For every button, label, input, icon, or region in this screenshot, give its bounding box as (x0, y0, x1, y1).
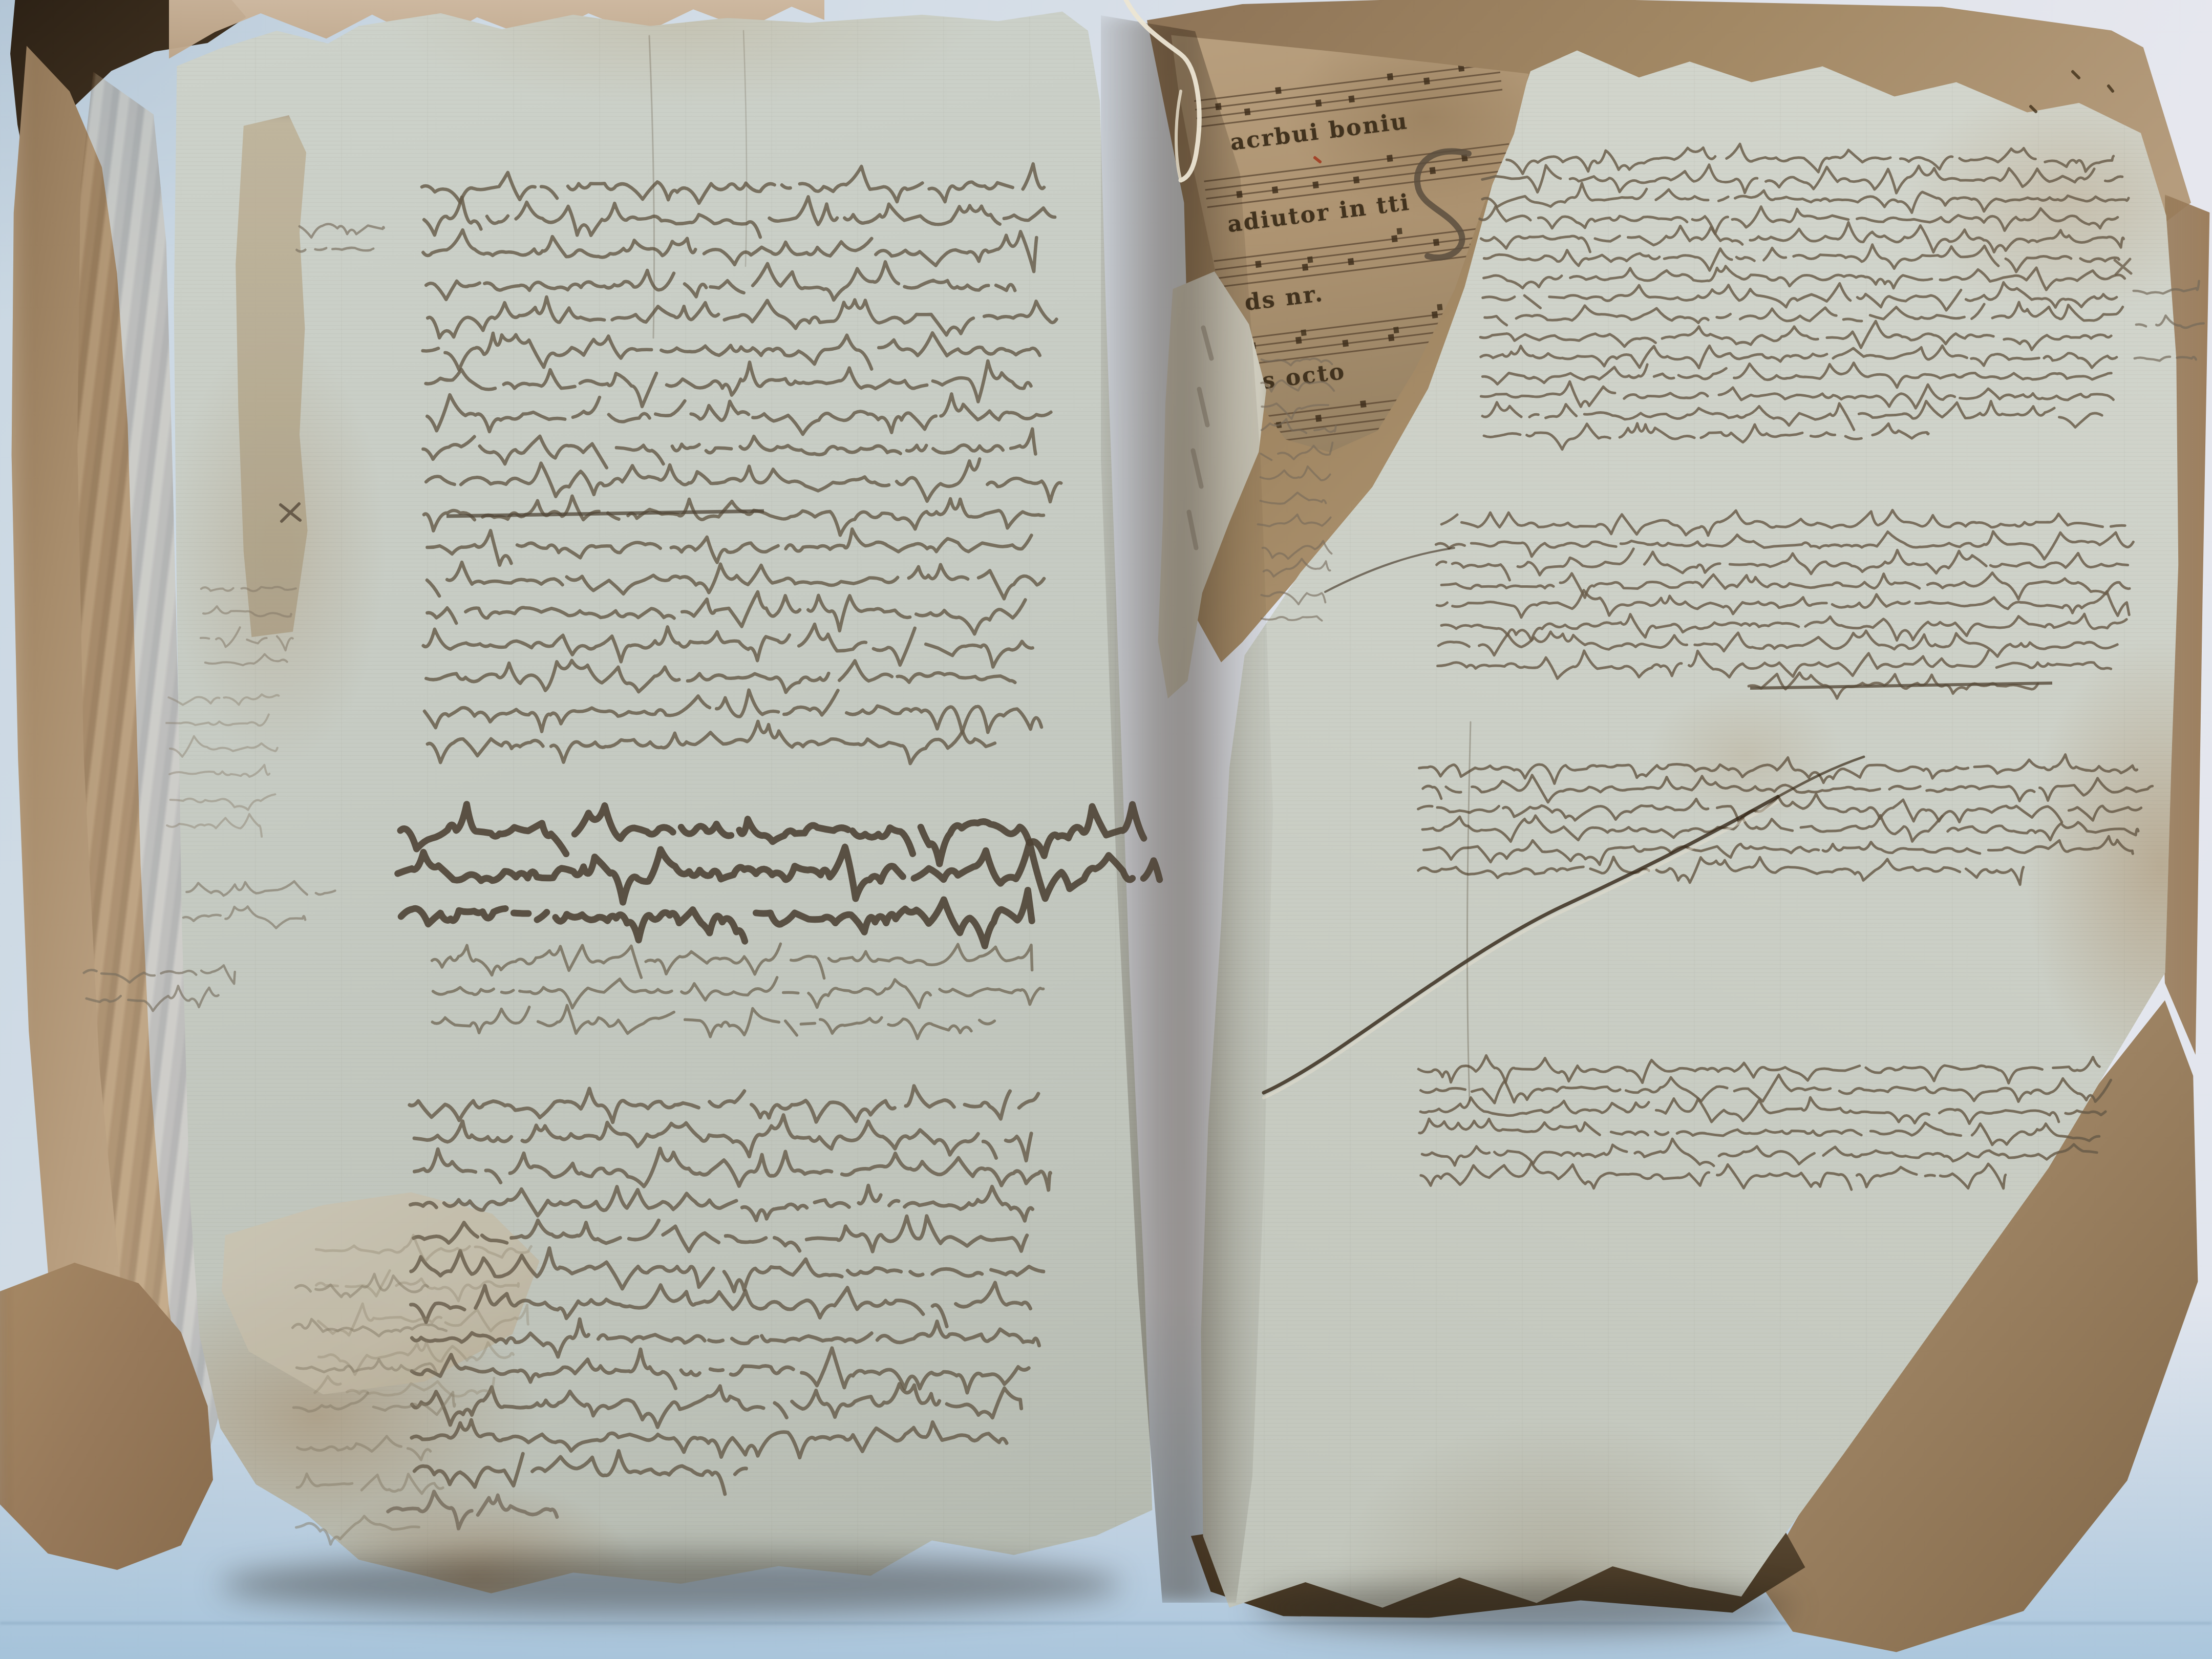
neume (1388, 334, 1395, 341)
neume (1307, 257, 1313, 263)
neume (1353, 176, 1360, 183)
neume (1397, 228, 1402, 235)
neume (1430, 167, 1436, 174)
neume (1275, 87, 1282, 94)
neume (1315, 415, 1322, 422)
neume (1432, 311, 1438, 318)
neume (1215, 103, 1222, 110)
neume (1301, 329, 1306, 336)
neume (1236, 190, 1243, 198)
left-page-shadow (220, 1554, 1121, 1615)
neume (1348, 258, 1354, 265)
neume (1272, 186, 1279, 194)
neume (1244, 108, 1251, 115)
neume (1312, 181, 1319, 188)
neume (1387, 73, 1394, 80)
photo-of-open-manuscript: acrbui boniu adiutor in tti ds nr. ns oc… (0, 0, 2212, 1659)
right-page-shadow (1254, 1582, 1792, 1633)
neume (1437, 304, 1442, 310)
neume (1387, 155, 1393, 162)
neume (1342, 339, 1349, 347)
neume (1433, 239, 1440, 246)
neume (1423, 77, 1430, 84)
neume (1302, 264, 1309, 271)
neume (1255, 261, 1262, 268)
neume (1295, 336, 1302, 344)
neume (1348, 95, 1355, 102)
neume (1360, 400, 1367, 408)
neume (1461, 154, 1468, 161)
neume (1315, 99, 1322, 107)
neume (1391, 235, 1398, 242)
neume (1393, 327, 1399, 333)
